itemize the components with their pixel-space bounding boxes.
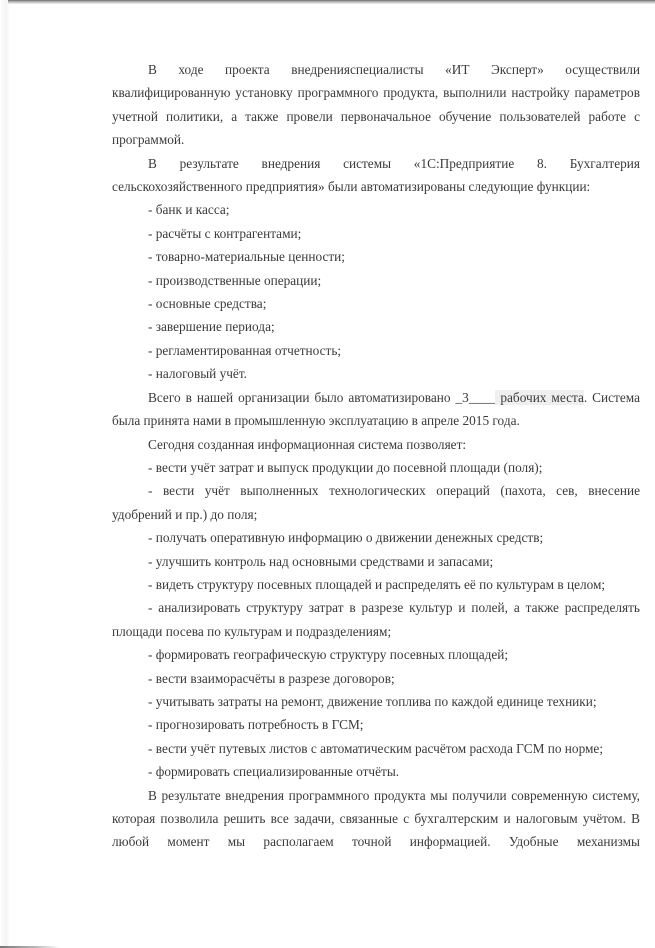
workplaces-count-field: _3____ — [456, 390, 496, 405]
list-item: - налоговый учёт. — [112, 362, 640, 385]
paragraph-implementation: В ходе проекта внедренияспециалисты «ИТ … — [112, 58, 640, 152]
list-item: - получать оперативную информацию о движ… — [112, 526, 640, 549]
list-item: - товарно-материальные ценности; — [112, 245, 640, 268]
list-item: - регламентированная отчетность; — [112, 339, 640, 362]
workplaces-text-before: Всего в нашей организации было автоматиз… — [148, 390, 456, 405]
capabilities-list: - вести учёт затрат и выпуск продукции д… — [112, 456, 640, 784]
paragraph-results: В результате внедрения программного прод… — [112, 784, 640, 854]
list-item: - основные средства; — [112, 292, 640, 315]
workplaces-highlight: рабочих места — [495, 390, 583, 405]
list-item: - формировать географическую структуру п… — [112, 643, 640, 666]
list-item: - расчёты с контрагентами; — [112, 222, 640, 245]
scanned-page: В ходе проекта внедренияспециалисты «ИТ … — [112, 58, 640, 854]
list-item: - вести учёт путевых листов с автоматиче… — [112, 737, 640, 760]
list-item: - завершение периода; — [112, 315, 640, 338]
list-item: - видеть структуру посевных площадей и р… — [112, 573, 640, 596]
list-item: - вести взаиморасчёты в разрезе договоро… — [112, 667, 640, 690]
list-item: - анализировать структуру затрат в разре… — [112, 596, 640, 643]
list-item: - учитывать затраты на ремонт, движение … — [112, 690, 640, 713]
list-item: - прогнозировать потребность в ГСМ; — [112, 713, 640, 736]
list-item: - банк и касса; — [112, 198, 640, 221]
automated-functions-list: - банк и касса; - расчёты с контрагентам… — [112, 198, 640, 385]
list-item: - улучшить контроль над основными средст… — [112, 550, 640, 573]
scan-edge-top — [8, 0, 655, 4]
paragraph-workplaces: Всего в нашей организации было автоматиз… — [112, 386, 640, 433]
paragraph-automated-intro: В результате внедрения системы «1С:Предп… — [112, 152, 640, 199]
paragraph-capabilities-intro: Сегодня созданная информационная система… — [112, 433, 640, 456]
scan-edge-left — [0, 0, 10, 948]
list-item: - вести учёт затрат и выпуск продукции д… — [112, 456, 640, 479]
list-item: - формировать специализированные отчёты. — [112, 760, 640, 783]
list-item: - производственные операции; — [112, 269, 640, 292]
list-item: - вести учёт выполненных технологических… — [112, 479, 640, 526]
